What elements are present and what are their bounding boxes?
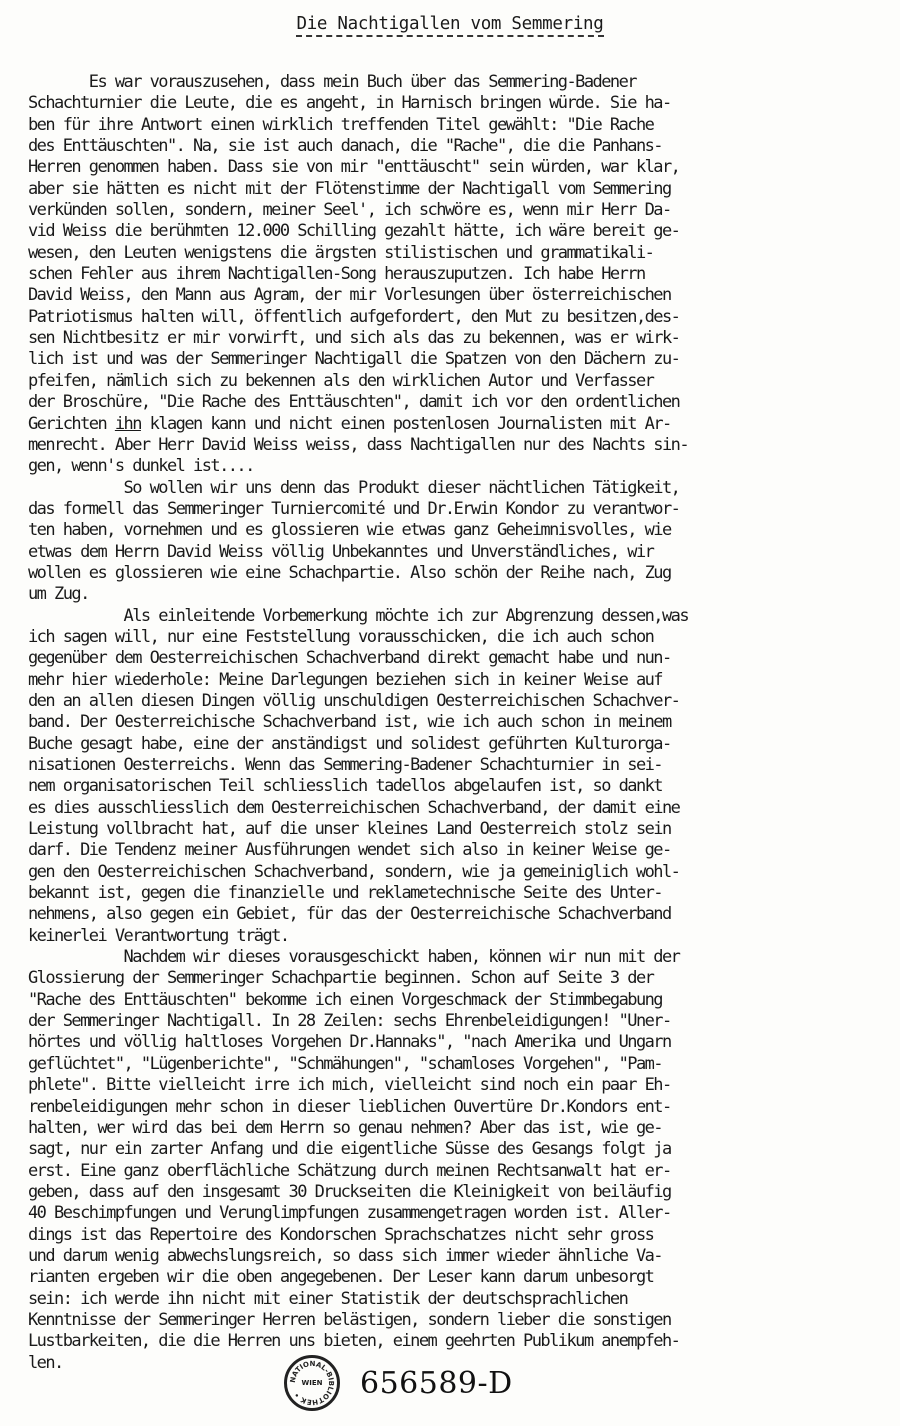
- text-line: Buche gesagt habe, eine der anständigst …: [28, 734, 888, 755]
- text-line: um Zug.: [28, 584, 888, 605]
- text-line: gegenüber dem Oesterreichischen Schachve…: [28, 648, 888, 669]
- document-body: Es war vorauszusehen, dass mein Buch übe…: [28, 72, 888, 1374]
- text-line: ich sagen will, nur eine Feststellung vo…: [28, 627, 888, 648]
- text-line: vid Weiss die berühmten 12.000 Schilling…: [28, 221, 888, 242]
- text-line: geflüchtet", "Lügenberichte", "Schmähung…: [28, 1054, 888, 1075]
- text-line: der Semmeringer Nachtigall. In 28 Zeilen…: [28, 1011, 888, 1032]
- text-line: des Enttäuschten". Na, sie ist auch dana…: [28, 136, 888, 157]
- text-line: renbeleidigungen mehr schon in dieser li…: [28, 1097, 888, 1118]
- library-stamp: NATIONAL-BIBLIOTHEK • WIEN 656589-D: [284, 1355, 513, 1411]
- text-line: wollen es glossieren wie eine Schachpart…: [28, 563, 888, 584]
- text-line: darf. Die Tendenz meiner Ausführungen we…: [28, 840, 888, 861]
- text-line: dings ist das Repertoire des Kondorschen…: [28, 1225, 888, 1246]
- text-line: Patriotismus halten will, öffentlich auf…: [28, 307, 888, 328]
- text-line: nisationen Oesterreichs. Wenn das Semmer…: [28, 755, 888, 776]
- text-line: "Rache des Enttäuschten" bekomme ich ein…: [28, 990, 888, 1011]
- text-line: erst. Eine ganz oberflächliche Schätzung…: [28, 1161, 888, 1182]
- text-line: Lustbarkeiten, die die Herren uns bieten…: [28, 1331, 888, 1352]
- text-line: nehmens, also gegen ein Gebiet, für das …: [28, 904, 888, 925]
- text-line: gen den Oesterreichischen Schachverband,…: [28, 862, 888, 883]
- text-line: Gerichten ihn klagen kann und nicht eine…: [28, 414, 888, 435]
- document-page: Die Nachtigallen vom Semmering Es war vo…: [0, 0, 900, 1426]
- text-line: verkünden sollen, sondern, meiner Seel',…: [28, 200, 888, 221]
- library-seal-icon: NATIONAL-BIBLIOTHEK • WIEN: [284, 1355, 340, 1411]
- shelfmark-number: 656589-D: [360, 1366, 513, 1401]
- text-line: geben, dass auf den insgesamt 30 Druckse…: [28, 1182, 888, 1203]
- text-line: hörtes und völlig haltloses Vorgehen Dr.…: [28, 1032, 888, 1053]
- text-line: schen Fehler aus ihrem Nachtigallen-Song…: [28, 264, 888, 285]
- text-line: 40 Beschimpfungen und Verunglimpfungen z…: [28, 1203, 888, 1224]
- text-line: den an allen diesen Dingen völlig unschu…: [28, 691, 888, 712]
- text-line: es dies ausschliesslich dem Oesterreichi…: [28, 798, 888, 819]
- text-line: Herren genommen haben. Dass sie von mir …: [28, 157, 888, 178]
- text-line: Schachturnier die Leute, die es angeht, …: [28, 93, 888, 114]
- text-line: sagt, nur ein zarter Anfang und die eige…: [28, 1139, 888, 1160]
- text-line: Als einleitende Vorbemerkung möchte ich …: [28, 606, 888, 627]
- text-line: mehr hier wiederhole: Meine Darlegungen …: [28, 670, 888, 691]
- text-line: sein: ich werde ihn nicht mit einer Stat…: [28, 1289, 888, 1310]
- text-line: David Weiss, den Mann aus Agram, der mir…: [28, 285, 888, 306]
- text-line: halten, wer wird das bei dem Herrn so ge…: [28, 1118, 888, 1139]
- underlined-word: ihn: [115, 414, 141, 434]
- text-line: Nachdem wir dieses vorausgeschickt haben…: [28, 947, 888, 968]
- text-line: menrecht. Aber Herr David Weiss weiss, d…: [28, 435, 888, 456]
- svg-text:NATIONAL-BIBLIOTHEK •: NATIONAL-BIBLIOTHEK •: [289, 1360, 335, 1406]
- text-line: ben für ihre Antwort einen wirklich tref…: [28, 115, 888, 136]
- text-line: lich ist und was der Semmeringer Nachtig…: [28, 349, 888, 370]
- text-line: rianten ergeben wir die oben angegebenen…: [28, 1267, 888, 1288]
- text-line: Es war vorauszusehen, dass mein Buch übe…: [28, 72, 888, 93]
- text-line: und darum wenig abwechslungsreich, so da…: [28, 1246, 888, 1267]
- text-line: aber sie hätten es nicht mit der Flötens…: [28, 179, 888, 200]
- text-line: der Broschüre, "Die Rache des Enttäuscht…: [28, 392, 888, 413]
- text-line: pfeifen, nämlich sich zu bekennen als de…: [28, 371, 888, 392]
- text-line: gen, wenn's dunkel ist....: [28, 456, 888, 477]
- text-line: das formell das Semmeringer Turniercomit…: [28, 499, 888, 520]
- text-line: nem organisatorischen Teil schliesslich …: [28, 776, 888, 797]
- text-line: band. Der Oesterreichische Schachverband…: [28, 712, 888, 733]
- text-line: So wollen wir uns denn das Produkt diese…: [28, 478, 888, 499]
- text-line: keinerlei Verantwortung trägt.: [28, 926, 888, 947]
- text-line: ten haben, vornehmen und es glossieren w…: [28, 520, 888, 541]
- text-line: Glossierung der Semmeringer Schachpartie…: [28, 968, 888, 989]
- text-line: sen Nichtbesitz er mir vorwirft, und sic…: [28, 328, 888, 349]
- text-line: phlete". Bitte vielleicht irre ich mich,…: [28, 1075, 888, 1096]
- document-title: Die Nachtigallen vom Semmering: [0, 14, 900, 34]
- text-line: etwas dem Herrn David Weiss völlig Unbek…: [28, 542, 888, 563]
- text-line: wesen, den Leuten wenigstens die ärgsten…: [28, 243, 888, 264]
- text-line: Kenntnisse der Semmeringer Herren beläst…: [28, 1310, 888, 1331]
- text-line: Leistung vollbracht hat, auf die unser k…: [28, 819, 888, 840]
- text-line: bekannt ist, gegen die finanzielle und r…: [28, 883, 888, 904]
- seal-ring-text: NATIONAL-BIBLIOTHEK •: [287, 1358, 337, 1408]
